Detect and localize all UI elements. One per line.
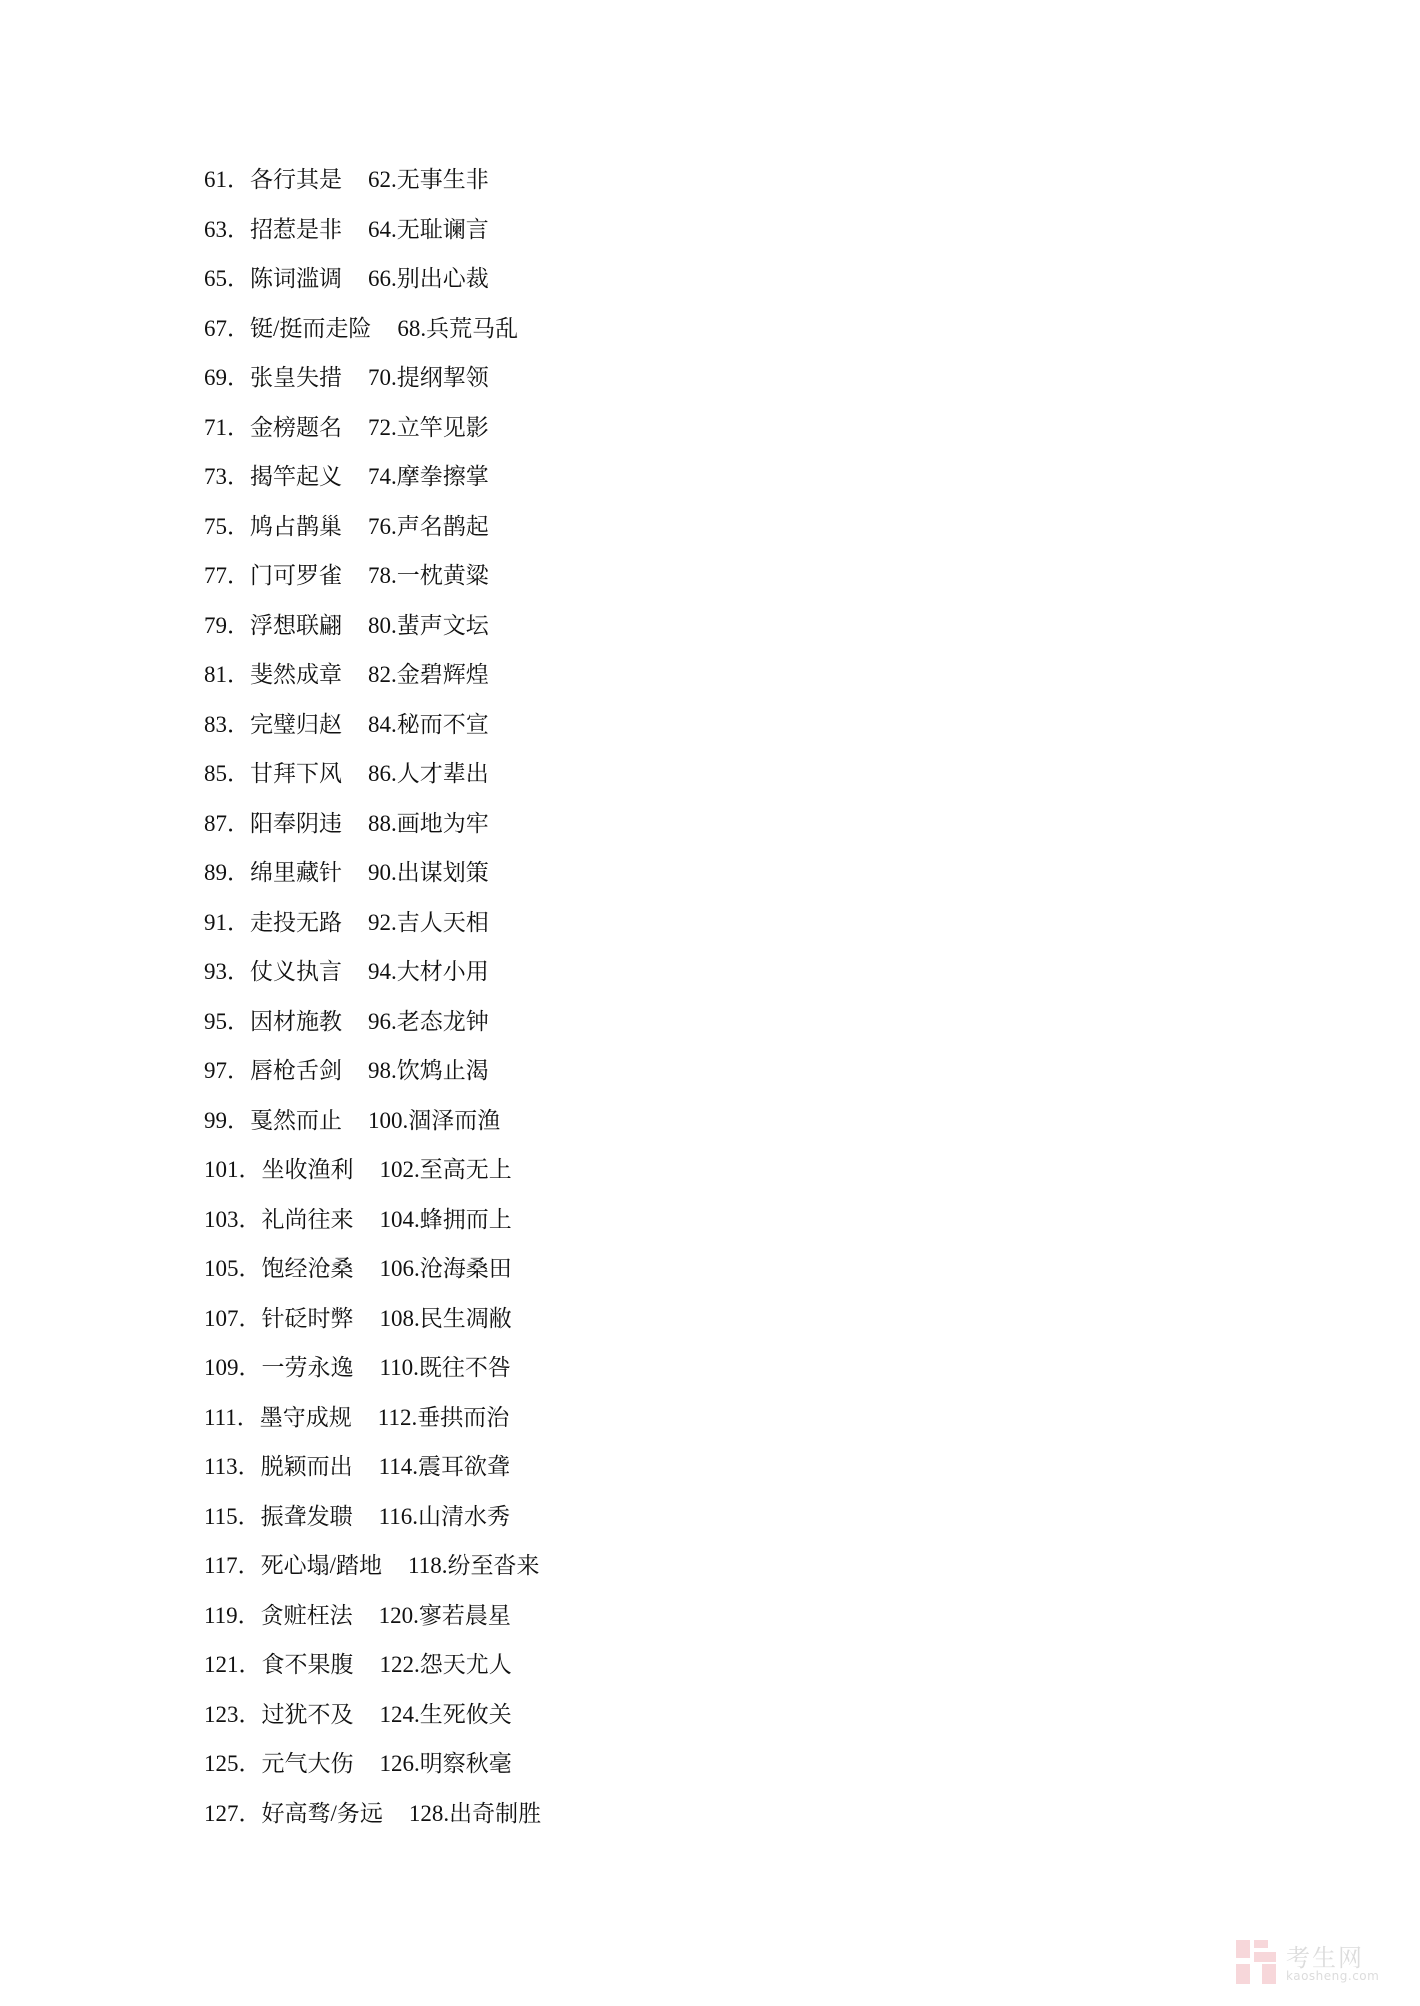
list-item: 99．戛然而止100.涸泽而渔 (204, 1103, 541, 1153)
idiom-entry-left: 123．过犹不及 (204, 1702, 354, 1727)
idiom-entry-left: 61．各行其是 (204, 167, 342, 192)
list-item: 95．因材施教96.老态龙钟 (204, 1004, 541, 1054)
idiom-entry-left: 91．走投无路 (204, 910, 342, 935)
idiom-entry-left: 101．坐收渔利 (204, 1157, 354, 1182)
idiom-entry-right: 122.怨天尤人 (380, 1652, 512, 1677)
list-item: 87．阳奉阴违88.画地为牢 (204, 806, 541, 856)
list-item: 63．招惹是非64.无耻谰言 (204, 212, 541, 262)
list-item: 125．元气大伤126.明察秋毫 (204, 1746, 541, 1796)
idiom-entry-left: 81．斐然成章 (204, 662, 342, 687)
list-item: 61．各行其是62.无事生非 (204, 162, 541, 212)
idiom-entry-left: 89．绵里藏针 (204, 860, 342, 885)
list-item: 127．好高骛/务远128.出奇制胜 (204, 1796, 541, 1846)
list-item: 75．鸠占鹊巢76.声名鹊起 (204, 509, 541, 559)
idiom-entry-right: 86.人才辈出 (368, 761, 489, 786)
idiom-entry-left: 95．因材施教 (204, 1009, 342, 1034)
list-item: 69．张皇失措70.提纲挈领 (204, 360, 541, 410)
list-item: 79．浮想联翩80.蜚声文坛 (204, 608, 541, 658)
idiom-entry-left: 103．礼尚往来 (204, 1207, 354, 1232)
idiom-entry-left: 115．振聋发聩 (204, 1504, 353, 1529)
idiom-entry-right: 84.秘而不宣 (368, 712, 489, 737)
idiom-entry-left: 83．完璧归赵 (204, 712, 342, 737)
list-item: 111．墨守成规112.垂拱而治 (204, 1400, 541, 1450)
list-item: 93．仗义执言94.大材小用 (204, 954, 541, 1004)
idiom-entry-left: 65．陈词滥调 (204, 266, 342, 291)
watermark: 考生网 kaosheng.com (1236, 1938, 1406, 1988)
idiom-entry-right: 90.出谋划策 (368, 860, 489, 885)
list-item: 81．斐然成章82.金碧辉煌 (204, 657, 541, 707)
watermark-title: 考生网 (1286, 1938, 1364, 1973)
list-item: 71．金榜题名72.立竿见影 (204, 410, 541, 460)
idiom-entry-right: 64.无耻谰言 (368, 217, 489, 242)
idiom-entry-left: 105．饱经沧桑 (204, 1256, 354, 1281)
list-item: 117．死心塌/踏地118.纷至沓来 (204, 1548, 541, 1598)
idiom-entry-right: 70.提纲挈领 (368, 365, 489, 390)
idiom-entry-right: 126.明察秋毫 (380, 1751, 512, 1776)
idiom-entry-right: 98.饮鸩止渴 (368, 1058, 489, 1083)
idiom-entry-right: 104.蜂拥而上 (380, 1207, 512, 1232)
idiom-entry-right: 80.蜚声文坛 (368, 613, 489, 638)
idiom-entry-right: 110.既往不咎 (380, 1355, 511, 1380)
idiom-entry-right: 96.老态龙钟 (368, 1009, 489, 1034)
idiom-entry-left: 75．鸠占鹊巢 (204, 514, 342, 539)
idiom-entry-left: 77．门可罗雀 (204, 563, 342, 588)
list-item: 101．坐收渔利102.至高无上 (204, 1152, 541, 1202)
idiom-entry-right: 66.别出心裁 (368, 266, 489, 291)
idiom-entry-left: 67．铤/挺而走险 (204, 316, 371, 341)
list-item: 97．唇枪舌剑98.饮鸩止渴 (204, 1053, 541, 1103)
idiom-entry-left: 99．戛然而止 (204, 1108, 342, 1133)
list-item: 109．一劳永逸110.既往不咎 (204, 1350, 541, 1400)
idiom-entry-right: 112.垂拱而治 (378, 1405, 509, 1430)
idiom-entry-right: 62.无事生非 (368, 167, 489, 192)
idiom-entry-right: 68.兵荒马乱 (397, 316, 518, 341)
list-item: 91．走投无路92.吉人天相 (204, 905, 541, 955)
idiom-entry-left: 127．好高骛/务远 (204, 1801, 383, 1826)
idiom-entry-right: 106.沧海桑田 (380, 1256, 512, 1281)
watermark-subtitle: kaosheng.com (1286, 1969, 1379, 1983)
idiom-entry-right: 82.金碧辉煌 (368, 662, 489, 687)
idiom-entry-right: 114.震耳欲聋 (379, 1454, 510, 1479)
idiom-entry-right: 78.一枕黄粱 (368, 563, 489, 588)
idiom-entry-right: 128.出奇制胜 (409, 1801, 541, 1826)
idiom-entry-left: 71．金榜题名 (204, 415, 342, 440)
idiom-entry-left: 69．张皇失措 (204, 365, 342, 390)
idiom-entry-right: 92.吉人天相 (368, 910, 489, 935)
idiom-entry-left: 117．死心塌/踏地 (204, 1553, 382, 1578)
idiom-entry-left: 111．墨守成规 (204, 1405, 352, 1430)
idiom-entry-right: 116.山清水秀 (379, 1504, 510, 1529)
idiom-entry-right: 100.涸泽而渔 (368, 1108, 500, 1133)
list-item: 115．振聋发聩116.山清水秀 (204, 1499, 541, 1549)
idiom-entry-left: 121．食不果腹 (204, 1652, 354, 1677)
idiom-entry-left: 109．一劳永逸 (204, 1355, 354, 1380)
idiom-entry-left: 87．阳奉阴违 (204, 811, 342, 836)
list-item: 119．贪赃枉法120.寥若晨星 (204, 1598, 541, 1648)
idiom-entry-left: 107．针砭时弊 (204, 1306, 354, 1331)
idiom-entry-right: 124.生死攸关 (380, 1702, 512, 1727)
list-item: 113．脱颖而出114.震耳欲聋 (204, 1449, 541, 1499)
idiom-entry-right: 118.纷至沓来 (408, 1553, 539, 1578)
idiom-entry-right: 108.民生凋敝 (380, 1306, 512, 1331)
idiom-list: 61．各行其是62.无事生非63．招惹是非64.无耻谰言65．陈词滥调66.别出… (204, 162, 541, 1845)
idiom-entry-left: 119．贪赃枉法 (204, 1603, 353, 1628)
idiom-entry-right: 72.立竿见影 (368, 415, 489, 440)
idiom-entry-left: 85．甘拜下风 (204, 761, 342, 786)
list-item: 89．绵里藏针90.出谋划策 (204, 855, 541, 905)
list-item: 103．礼尚往来104.蜂拥而上 (204, 1202, 541, 1252)
idiom-entry-left: 79．浮想联翩 (204, 613, 342, 638)
idiom-entry-left: 113．脱颖而出 (204, 1454, 353, 1479)
list-item: 83．完璧归赵84.秘而不宣 (204, 707, 541, 757)
list-item: 105．饱经沧桑106.沧海桑田 (204, 1251, 541, 1301)
idiom-entry-left: 63．招惹是非 (204, 217, 342, 242)
list-item: 123．过犹不及124.生死攸关 (204, 1697, 541, 1747)
kaosheng-logo-icon (1236, 1940, 1276, 1984)
list-item: 73．揭竿起义74.摩拳擦掌 (204, 459, 541, 509)
list-item: 65．陈词滥调66.别出心裁 (204, 261, 541, 311)
idiom-entry-right: 88.画地为牢 (368, 811, 489, 836)
idiom-entry-right: 102.至高无上 (380, 1157, 512, 1182)
idiom-entry-left: 73．揭竿起义 (204, 464, 342, 489)
list-item: 107．针砭时弊108.民生凋敝 (204, 1301, 541, 1351)
idiom-entry-right: 76.声名鹊起 (368, 514, 489, 539)
idiom-entry-left: 93．仗义执言 (204, 959, 342, 984)
list-item: 85．甘拜下风86.人才辈出 (204, 756, 541, 806)
list-item: 77．门可罗雀78.一枕黄粱 (204, 558, 541, 608)
idiom-entry-right: 74.摩拳擦掌 (368, 464, 489, 489)
idiom-entry-right: 120.寥若晨星 (379, 1603, 511, 1628)
idiom-entry-left: 97．唇枪舌剑 (204, 1058, 342, 1083)
document-page: 61．各行其是62.无事生非63．招惹是非64.无耻谰言65．陈词滥调66.别出… (0, 0, 1420, 2006)
list-item: 121．食不果腹122.怨天尤人 (204, 1647, 541, 1697)
list-item: 67．铤/挺而走险68.兵荒马乱 (204, 311, 541, 361)
idiom-entry-right: 94.大材小用 (368, 959, 489, 984)
idiom-entry-left: 125．元气大伤 (204, 1751, 354, 1776)
